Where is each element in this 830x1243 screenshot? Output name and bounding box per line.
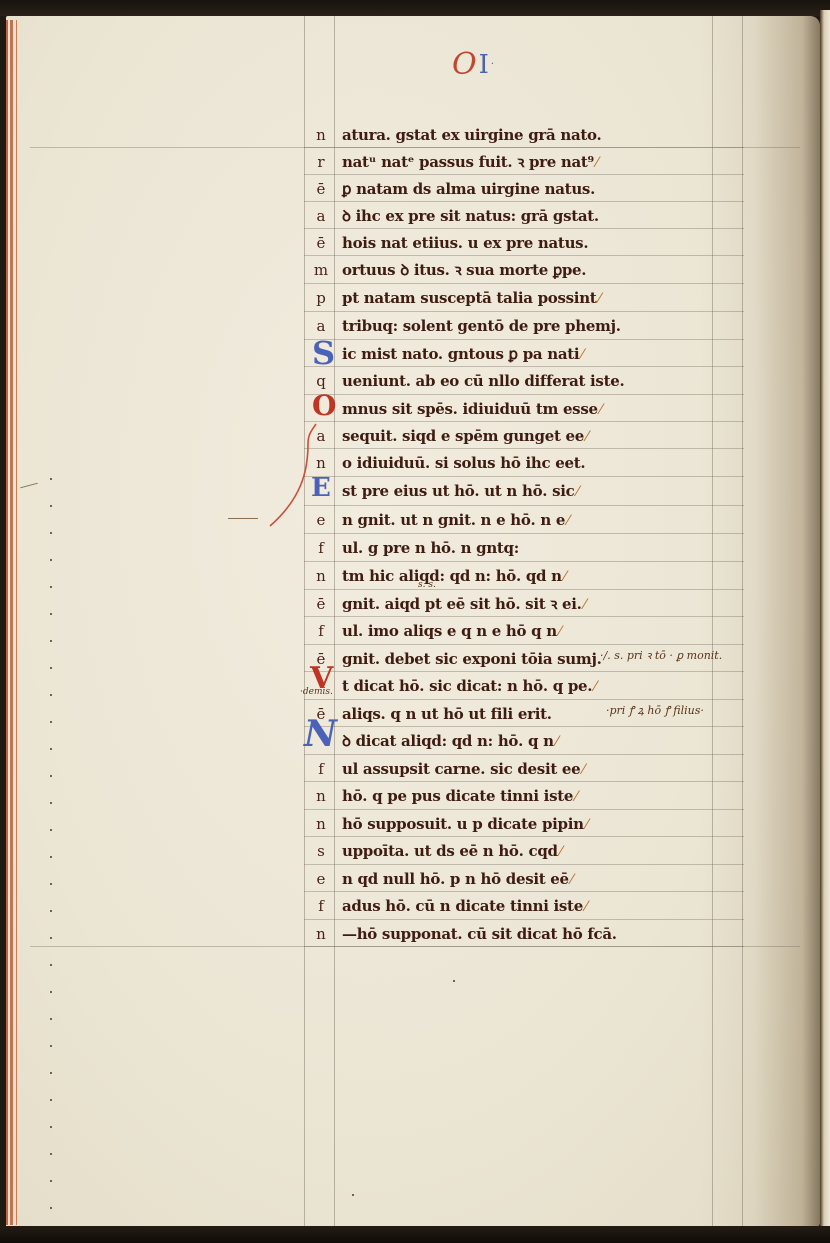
pricking-hole [50, 856, 52, 858]
margin-letter: n [308, 567, 334, 585]
text-line: mnus sit spēs. idiuiduū tm esse⁄ [308, 392, 602, 418]
pricking-hole [50, 829, 52, 831]
line-text: t dicat hō. sic dicat: n hō. q pe. [342, 677, 592, 695]
folio-number: O I · [452, 48, 494, 80]
text-line: ꝺ dicat aliqd: qd n: hō. q n⁄ [308, 724, 558, 750]
correction-tick: ⁄ [586, 429, 588, 445]
initial-N-blue: N [304, 716, 337, 752]
ink-dot [352, 1194, 354, 1196]
text-line: ful. g pre n hō. n gntq: [308, 531, 519, 557]
pricking-hole [50, 586, 52, 588]
ruling-vertical-left-outer [304, 16, 305, 1226]
correction-tick: ⁄ [556, 734, 558, 750]
correction-tick: ⁄ [560, 844, 562, 860]
line-text: ꝺ dicat aliqd: qd n: hō. q n [342, 732, 554, 750]
pricking-hole [50, 775, 52, 777]
line-text: ueniunt. ab eo cū nllo differat iste. [342, 372, 624, 390]
text-line: asequit. siqd e spēm gunget ee⁄ [308, 419, 588, 445]
line-text: atura. gstat ex uirgine grā nato. [342, 126, 601, 144]
line-text: o idiuiduū. si solus hō ihc eet. [342, 454, 585, 472]
margin-letter: f [308, 897, 334, 915]
line-text: hō. q pe pus dicate tinni iste [342, 787, 573, 805]
folio-number-dot: · [491, 50, 494, 80]
marginal-gloss-demis: ·demis. [300, 687, 333, 697]
line-text: uppoīta. ut ds eē n hō. cqd [342, 842, 558, 860]
correction-tick: ⁄ [594, 679, 596, 695]
correction-tick: ⁄ [575, 789, 577, 805]
margin-letter: f [308, 760, 334, 778]
line-text: hō supposuit. u p dicate pipin [342, 815, 584, 833]
folio-number-red: O [452, 50, 475, 80]
line-text: gnit. debet sic exponi tōia sumj. [342, 650, 602, 668]
margin-letter: m [308, 261, 334, 279]
text-line: en qd null hō. p n hō desit eē⁄ [308, 862, 573, 888]
pricking-hole [50, 1018, 52, 1020]
margin-letter: a [308, 207, 334, 225]
margin-letter: s [308, 842, 334, 860]
interlinear-gloss: s. s. [418, 580, 436, 590]
pricking-hole [50, 937, 52, 939]
marginal-gloss: ·pri ꝭ ꝝ hō ꝭ filius· [606, 703, 704, 718]
line-text: ul assupsit carne. sic desit ee [342, 760, 580, 778]
initial-S-blue: S [312, 337, 335, 369]
text-line: ēhois nat etiius. u ex pre natus. [308, 226, 588, 252]
pricking-hole [50, 721, 52, 723]
line-text: ic mist nato. gntous ꝑ pa nati [342, 345, 579, 363]
line-text: aliqs. q n ut hō ut fili erit. [342, 705, 552, 723]
margin-letter: n [308, 925, 334, 943]
pricking-hole [50, 1045, 52, 1047]
line-text: ul. imo aliqs e q n e hō q n [342, 622, 557, 640]
correction-tick: ⁄ [586, 817, 588, 833]
correction-tick: ⁄ [567, 513, 569, 529]
correction-tick: ⁄ [600, 402, 602, 418]
pricking-hole [50, 748, 52, 750]
text-line: ēgnit. aiqd pt eē sit hō. sit ꝛ ei.⁄ [308, 587, 586, 613]
line-text: hois nat etiius. u ex pre natus. [342, 234, 588, 252]
correction-tick: ⁄ [559, 624, 561, 640]
line-text: pt natam susceptā talia possint [342, 289, 596, 307]
margin-letter: n [308, 787, 334, 805]
line-text: —hō supponat. cū sit dicat hō fcā. [342, 925, 617, 943]
line-text: adus hō. cū n dicate tinni iste [342, 897, 583, 915]
pricking-hole [50, 1180, 52, 1182]
line-text: ꝑ natam ds alma uirgine natus. [342, 180, 595, 198]
book-binding-top [0, 0, 830, 16]
text-line: aꝺ ihc ex pre sit natus: grā gstat. [308, 199, 599, 225]
text-line: ic mist nato. gntous ꝑ pa nati⁄ [308, 337, 584, 363]
correction-tick: ⁄ [584, 597, 586, 613]
pricking-hole [50, 613, 52, 615]
pricking-hole [50, 667, 52, 669]
margin-letter: ē [308, 595, 334, 613]
pricking-hole [50, 1153, 52, 1155]
text-line: ful assupsit carne. sic desit ee⁄ [308, 752, 585, 778]
text-line: atribuq: solent gentō de pre phemj. [308, 309, 621, 335]
gutter-shadow [700, 16, 820, 1228]
line-text: n qd null hō. p n hō desit eē [342, 870, 569, 888]
line-text: mnus sit spēs. idiuiduū tm esse [342, 400, 598, 418]
text-line: natura. gstat ex uirgine grā nato. [308, 118, 601, 144]
text-line: en gnit. ut n gnit. n e hō. n e⁄ [308, 503, 570, 529]
line-text: ortuus ꝺ itus. ꝛ sua morte ꝑpe. [342, 261, 586, 279]
line-text: tm hic aliqd: qd n: hō. qd n [342, 567, 562, 585]
text-line: suppoīta. ut ds eē n hō. cqd⁄ [308, 834, 562, 860]
ruling-horizontal-full [30, 946, 800, 947]
margin-letter: a [308, 317, 334, 335]
text-line: no idiuiduū. si solus hō ihc eet. [308, 446, 585, 472]
pricking-hole [50, 694, 52, 696]
adjacent-page-edge [820, 10, 830, 1226]
pricking-hole [50, 559, 52, 561]
text-line: ēaliqs. q n ut hō ut fili erit. [308, 697, 552, 723]
pricking-hole [50, 532, 52, 534]
margin-letter: q [308, 372, 334, 390]
pricking-hole [50, 991, 52, 993]
pricking-hole [50, 883, 52, 885]
line-text: ꝺ ihc ex pre sit natus: grā gstat. [342, 207, 599, 225]
margin-letter: n [308, 126, 334, 144]
page-edge-red-border [16, 20, 17, 1225]
correction-tick: ⁄ [571, 872, 573, 888]
line-text: gnit. aiqd pt eē sit hō. sit ꝛ ei. [342, 595, 582, 613]
line-text: sequit. siqd e spēm gunget ee [342, 427, 584, 445]
ruling-vertical-right-inner [712, 16, 713, 1226]
pricking-hole [50, 1207, 52, 1209]
book-binding-bottom [0, 1226, 830, 1243]
correction-tick: ⁄ [596, 155, 598, 171]
pricking-hole [50, 802, 52, 804]
correction-tick: ⁄ [598, 291, 600, 307]
margin-letter: p [308, 289, 334, 307]
text-line: ēgnit. debet sic exponi tōia sumj. [308, 642, 602, 668]
pricking-hole [50, 505, 52, 507]
text-line: n—hō supponat. cū sit dicat hō fcā. [308, 917, 617, 943]
margin-letter: e [308, 870, 334, 888]
folio-number-blue: I [479, 50, 489, 80]
ink-dot [453, 980, 455, 982]
page-edge-red-border [6, 20, 8, 1225]
margin-letter: n [308, 815, 334, 833]
text-line: rnatᵘ natᵉ passus fuit. ꝛ pre nat⁹⁄ [308, 145, 598, 171]
margin-stroke [228, 518, 258, 519]
text-line: mortuus ꝺ itus. ꝛ sua morte ꝑpe. [308, 253, 586, 279]
page-edge-red-border [10, 20, 13, 1225]
margin-letter: r [308, 153, 334, 171]
text-line: ppt natam susceptā talia possint⁄ [308, 281, 601, 307]
correction-tick: ⁄ [577, 484, 579, 500]
text-line: ful. imo aliqs e q n e hō q n⁄ [308, 614, 561, 640]
text-line: nhō. q pe pus dicate tinni iste⁄ [308, 779, 577, 805]
marginal-gloss: ·/. s. pri ꝛ tō · ꝑ monit. [600, 648, 722, 663]
text-line: ēꝑ natam ds alma uirgine natus. [308, 172, 595, 198]
line-text: ul. g pre n hō. n gntq: [342, 539, 519, 557]
pricking-hole [50, 964, 52, 966]
red-flourish-icon [262, 420, 322, 530]
margin-letter: f [308, 622, 334, 640]
pricking-hole [50, 478, 52, 480]
pricking-hole [50, 640, 52, 642]
text-line: fadus hō. cū n dicate tinni iste⁄ [308, 889, 587, 915]
pricking-hole [50, 910, 52, 912]
margin-letter: ē [308, 234, 334, 252]
pricking-hole [50, 1126, 52, 1128]
line-text: st pre eius ut hō. ut n hō. sic [342, 482, 575, 500]
text-line: t dicat hō. sic dicat: n hō. q pe.⁄ [308, 669, 597, 695]
line-text: natᵘ natᵉ passus fuit. ꝛ pre nat⁹ [342, 153, 594, 171]
initial-O-red: O [312, 392, 336, 420]
correction-tick: ⁄ [564, 569, 566, 585]
ruling-vertical-right-outer [742, 16, 743, 1226]
line-text: tribuq: solent gentō de pre phemj. [342, 317, 621, 335]
correction-tick: ⁄ [581, 347, 583, 363]
pricking-hole [50, 1072, 52, 1074]
pricking-hole [50, 1099, 52, 1101]
text-line: nhō supposuit. u p dicate pipin⁄ [308, 807, 588, 833]
text-line: queniunt. ab eo cū nllo differat iste. [308, 364, 624, 390]
text-line: ntm hic aliqd: qd n: hō. qd n⁄ [308, 559, 566, 585]
margin-letter: ē [308, 180, 334, 198]
correction-tick: ⁄ [582, 762, 584, 778]
correction-tick: ⁄ [585, 899, 587, 915]
text-line: st pre eius ut hō. ut n hō. sic⁄ [308, 474, 579, 500]
line-text: n gnit. ut n gnit. n e hō. n e [342, 511, 565, 529]
margin-letter: f [308, 539, 334, 557]
